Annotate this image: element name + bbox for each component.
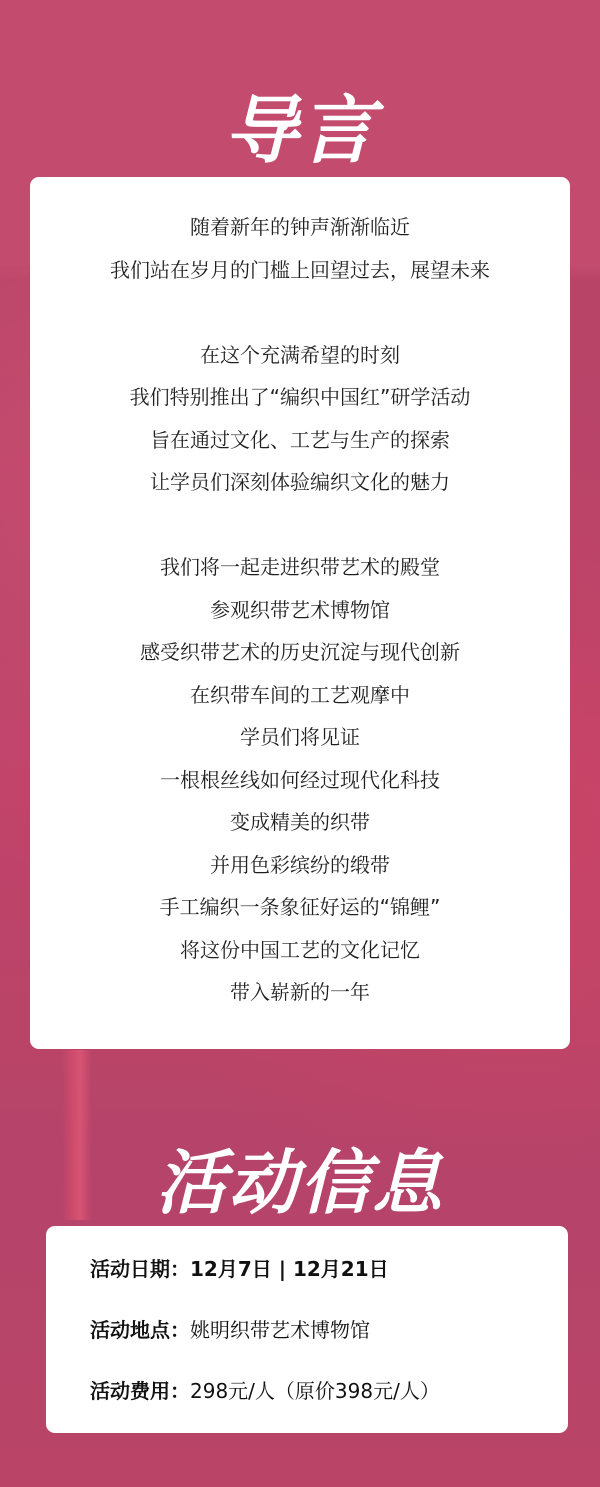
info-row-date: 活动日期：12月7日 | 12月21日 bbox=[90, 1254, 389, 1284]
intro-line: 在这个充满希望的时刻 bbox=[30, 334, 570, 377]
intro-line: 随着新年的钟声渐渐临近 bbox=[30, 206, 570, 249]
intro-line: 感受织带艺术的历史沉淀与现代创新 bbox=[30, 631, 570, 674]
info-label: 活动费用： bbox=[90, 1379, 190, 1403]
intro-line: 参观织带艺术博物馆 bbox=[30, 589, 570, 632]
intro-line: 将这份中国工艺的文化记忆 bbox=[30, 929, 570, 972]
info-card: 活动日期：12月7日 | 12月21日 活动地点：姚明织带艺术博物馆 活动费用：… bbox=[46, 1226, 568, 1433]
intro-line: 带入崭新的一年 bbox=[30, 971, 570, 1014]
intro-card: 随着新年的钟声渐渐临近 我们站在岁月的门槛上回望过去，展望未来 在这个充满希望的… bbox=[30, 177, 570, 1049]
intro-line: 一根根丝线如何经过现代化科技 bbox=[30, 759, 570, 802]
intro-line: 旨在通过文化、工艺与生产的探索 bbox=[30, 419, 570, 462]
paragraph-gap bbox=[30, 291, 570, 334]
intro-line: 在织带车间的工艺观摩中 bbox=[30, 674, 570, 717]
intro-line: 手工编织一条象征好运的“锦鲤” bbox=[30, 886, 570, 929]
intro-text: 随着新年的钟声渐渐临近 我们站在岁月的门槛上回望过去，展望未来 在这个充满希望的… bbox=[30, 206, 570, 1014]
info-label: 活动日期： bbox=[90, 1257, 190, 1281]
info-row-fee: 活动费用：298元/人（原价398元/人） bbox=[90, 1376, 440, 1406]
intro-line: 我们将一起走进织带艺术的殿堂 bbox=[30, 546, 570, 589]
intro-line: 并用色彩缤纷的缎带 bbox=[30, 844, 570, 887]
info-value: 姚明织带艺术博物馆 bbox=[190, 1318, 370, 1342]
paragraph-gap bbox=[30, 504, 570, 547]
info-value: 298元/人（原价398元/人） bbox=[190, 1379, 440, 1403]
info-row-location: 活动地点：姚明织带艺术博物馆 bbox=[90, 1315, 370, 1345]
intro-line: 变成精美的织带 bbox=[30, 801, 570, 844]
info-label: 活动地点： bbox=[90, 1318, 190, 1342]
intro-title: 导言 bbox=[0, 86, 600, 176]
info-title: 活动信息 bbox=[0, 1140, 600, 1226]
intro-line: 我们站在岁月的门槛上回望过去，展望未来 bbox=[30, 249, 570, 292]
intro-line: 我们特别推出了“编织中国红”研学活动 bbox=[30, 376, 570, 419]
intro-line: 学员们将见证 bbox=[30, 716, 570, 759]
info-value: 12月7日 | 12月21日 bbox=[190, 1257, 389, 1281]
intro-line: 让学员们深刻体验编织文化的魅力 bbox=[30, 461, 570, 504]
